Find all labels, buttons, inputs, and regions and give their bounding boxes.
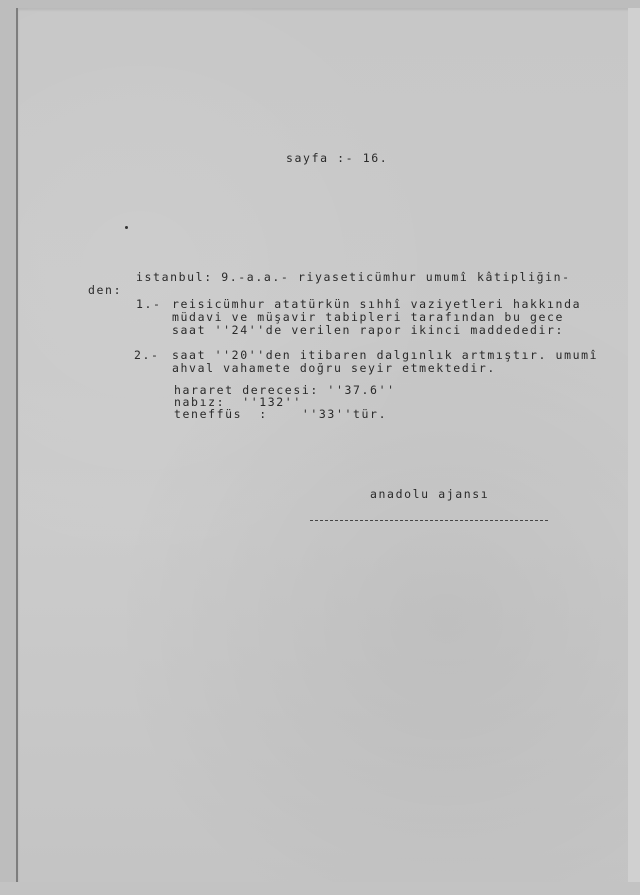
agency-signature: anadolu ajansı (370, 489, 489, 500)
page-number-header: sayfa :- 16. (286, 153, 388, 164)
dispatch-intro-continuation: den: (88, 285, 122, 296)
item-2-number: 2.- (134, 350, 160, 361)
vital-respiration: teneffüs : ''33''tür. (174, 409, 387, 420)
item-2-line-2: ahval vahamete doğru seyir etmektedir. (172, 363, 496, 374)
item-1-line-2: müdavi ve müşavir tabipleri tarafından b… (172, 312, 564, 323)
item-1-line-1: reisicümhur atatürkün sıhhî vaziyetleri … (172, 299, 581, 310)
typewritten-page (16, 8, 630, 882)
dispatch-intro-line: istanbul: 9.-a.a.- riyaseticümhur umumî … (136, 272, 571, 283)
item-1-line-3: saat ''24''de verilen rapor ikinci madde… (172, 325, 564, 336)
item-2-line-1: saat ''20''den itibaren dalgınlık artmış… (172, 350, 598, 361)
item-1-number: 1.- (136, 299, 162, 310)
scan-edge-right (628, 8, 640, 895)
scan-edge-bottom (0, 882, 640, 895)
ink-speck (125, 226, 128, 229)
signature-dashed-rule (310, 520, 548, 521)
